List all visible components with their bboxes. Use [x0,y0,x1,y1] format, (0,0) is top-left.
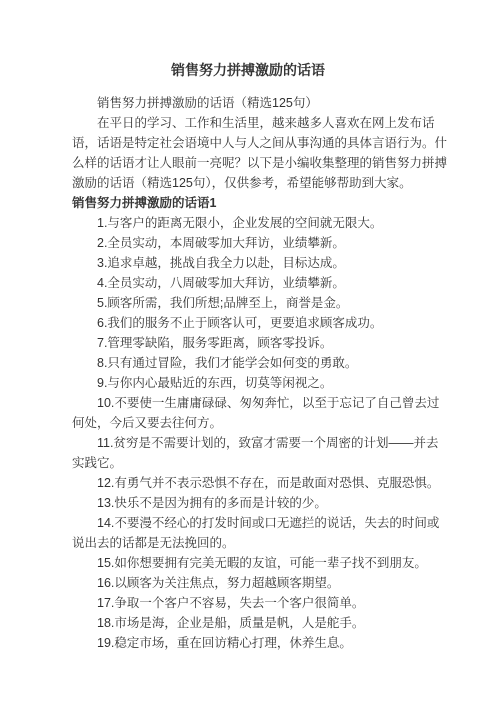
quote-item: 15.如你想要拥有完美无暇的友谊，可能一辈子找不到朋友。 [72,553,450,573]
quote-item: 9.与你内心最贴近的东西，切莫等闲视之。 [72,373,450,393]
quote-item: 6.我们的服务不止于顾客认可，更要追求顾客成功。 [72,313,450,333]
quote-item: 18.市场是海，企业是船，质量是帆，人是舵手。 [72,613,450,633]
document-page: 销售努力拼搏激励的话语 销售努力拼搏激励的话语（精选125句） 在平日的学习、工… [0,0,496,702]
quote-item: 10.不要使一生庸庸碌碌、匆匆奔忙，以至于忘记了自己曾去过何处，今后又要去往何方… [72,393,450,433]
quote-item: 17.争取一个客户不容易，失去一个客户很简单。 [72,593,450,613]
intro-subtitle: 销售努力拼搏激励的话语（精选125句） [72,93,450,113]
section-heading: 销售努力拼搏激励的话语1 [72,193,450,213]
quote-item: 11.贫穷是不需要计划的，致富才需要一个周密的计划——并去实践它。 [72,433,450,473]
quote-item: 2.全员实动，本周破零加大拜访，业绩攀新。 [72,233,450,253]
quote-item: 8.只有通过冒险，我们才能学会如何变的勇敢。 [72,353,450,373]
quote-item: 7.管理零缺陷，服务零距离，顾客零投诉。 [72,333,450,353]
quote-item: 12.有勇气并不表示恐惧不存在，而是敢面对恐惧、克服恐惧。 [72,473,450,493]
quote-item: 14.不要漫不经心的打发时间或口无遮拦的说话，失去的时间或说出去的话都是无法挽回… [72,513,450,553]
intro-paragraph: 在平日的学习、工作和生活里，越来越多人喜欢在网上发布话语，话语是特定社会语境中人… [72,113,450,193]
quote-list: 1.与客户的距离无限小，企业发展的空间就无限大。 2.全员实动，本周破零加大拜访… [72,213,450,653]
quote-item: 1.与客户的距离无限小，企业发展的空间就无限大。 [72,213,450,233]
quote-item: 16.以顾客为关注焦点，努力超越顾客期望。 [72,573,450,593]
quote-item: 5.顾客所需，我们所想;品牌至上，商誉是金。 [72,293,450,313]
quote-item: 3.追求卓越，挑战自我全力以赴，目标达成。 [72,253,450,273]
quote-item: 4.全员实动，八周破零加大拜访，业绩攀新。 [72,273,450,293]
document-title: 销售努力拼搏激励的话语 [0,60,496,80]
quote-item: 19.稳定市场，重在回访精心打理，休养生息。 [72,633,450,653]
quote-item: 13.快乐不是因为拥有的多而是计较的少。 [72,493,450,513]
